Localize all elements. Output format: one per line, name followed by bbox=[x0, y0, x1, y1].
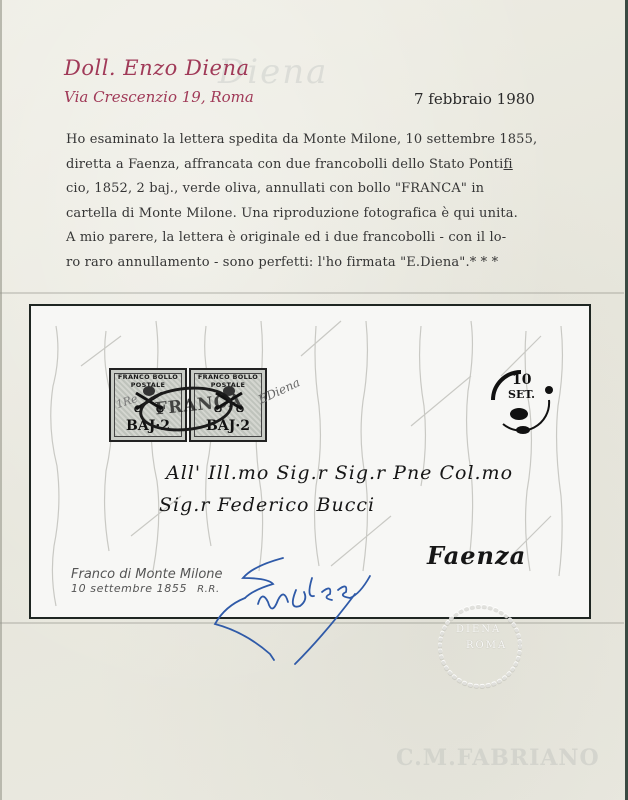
address-city: Faenza bbox=[427, 541, 526, 570]
certificate-line: ro raro annullamento - sono perfetti: l'… bbox=[66, 251, 596, 276]
letterhead-address: Via Crescenzio 19, Roma bbox=[64, 88, 254, 106]
cover-photograph: FRANCO BOLLO POSTALE BAJ·2 FRANCO BOLLO … bbox=[29, 304, 591, 619]
paper-watermark: C.M.FABRIANO bbox=[396, 745, 600, 771]
underlined-hyphenation: fi bbox=[503, 157, 512, 172]
seal-text: DIENA bbox=[456, 624, 501, 635]
origin-annotation: Franco di Monte Milone 10 settembre 1855… bbox=[71, 568, 223, 597]
letterhead-name: Doll. Enzo Diena bbox=[64, 56, 250, 80]
certificate-line: cio, 1852, 2 baj., verde oliva, annullat… bbox=[66, 177, 596, 202]
certificate-line: diretta a Faenza, affrancata con due fra… bbox=[66, 153, 596, 178]
paper-fold-line bbox=[0, 292, 624, 294]
postmark-month: SET. bbox=[508, 388, 535, 401]
page-left-edge bbox=[0, 0, 2, 800]
postmark-day: 10 bbox=[512, 372, 531, 388]
seal-text: ROMA bbox=[466, 640, 507, 651]
address-line-2: Sig.r Federico Bucci bbox=[159, 494, 375, 516]
paper-fold-line bbox=[0, 622, 624, 624]
address-line-1: All' Ill.mo Sig.r Sig.r Pne Col.mo bbox=[166, 462, 513, 484]
certificate-text: Ho esaminato la lettera spedita da Monte… bbox=[66, 128, 596, 275]
certificate-line: A mio parere, la lettera è originale ed … bbox=[66, 226, 596, 251]
certificate-line: cartella di Monte Milone. Una riproduzio… bbox=[66, 202, 596, 227]
certificate-line: Ho esaminato la lettera spedita da Monte… bbox=[66, 128, 596, 153]
certificate-date: 7 febbraio 1980 bbox=[414, 90, 535, 108]
